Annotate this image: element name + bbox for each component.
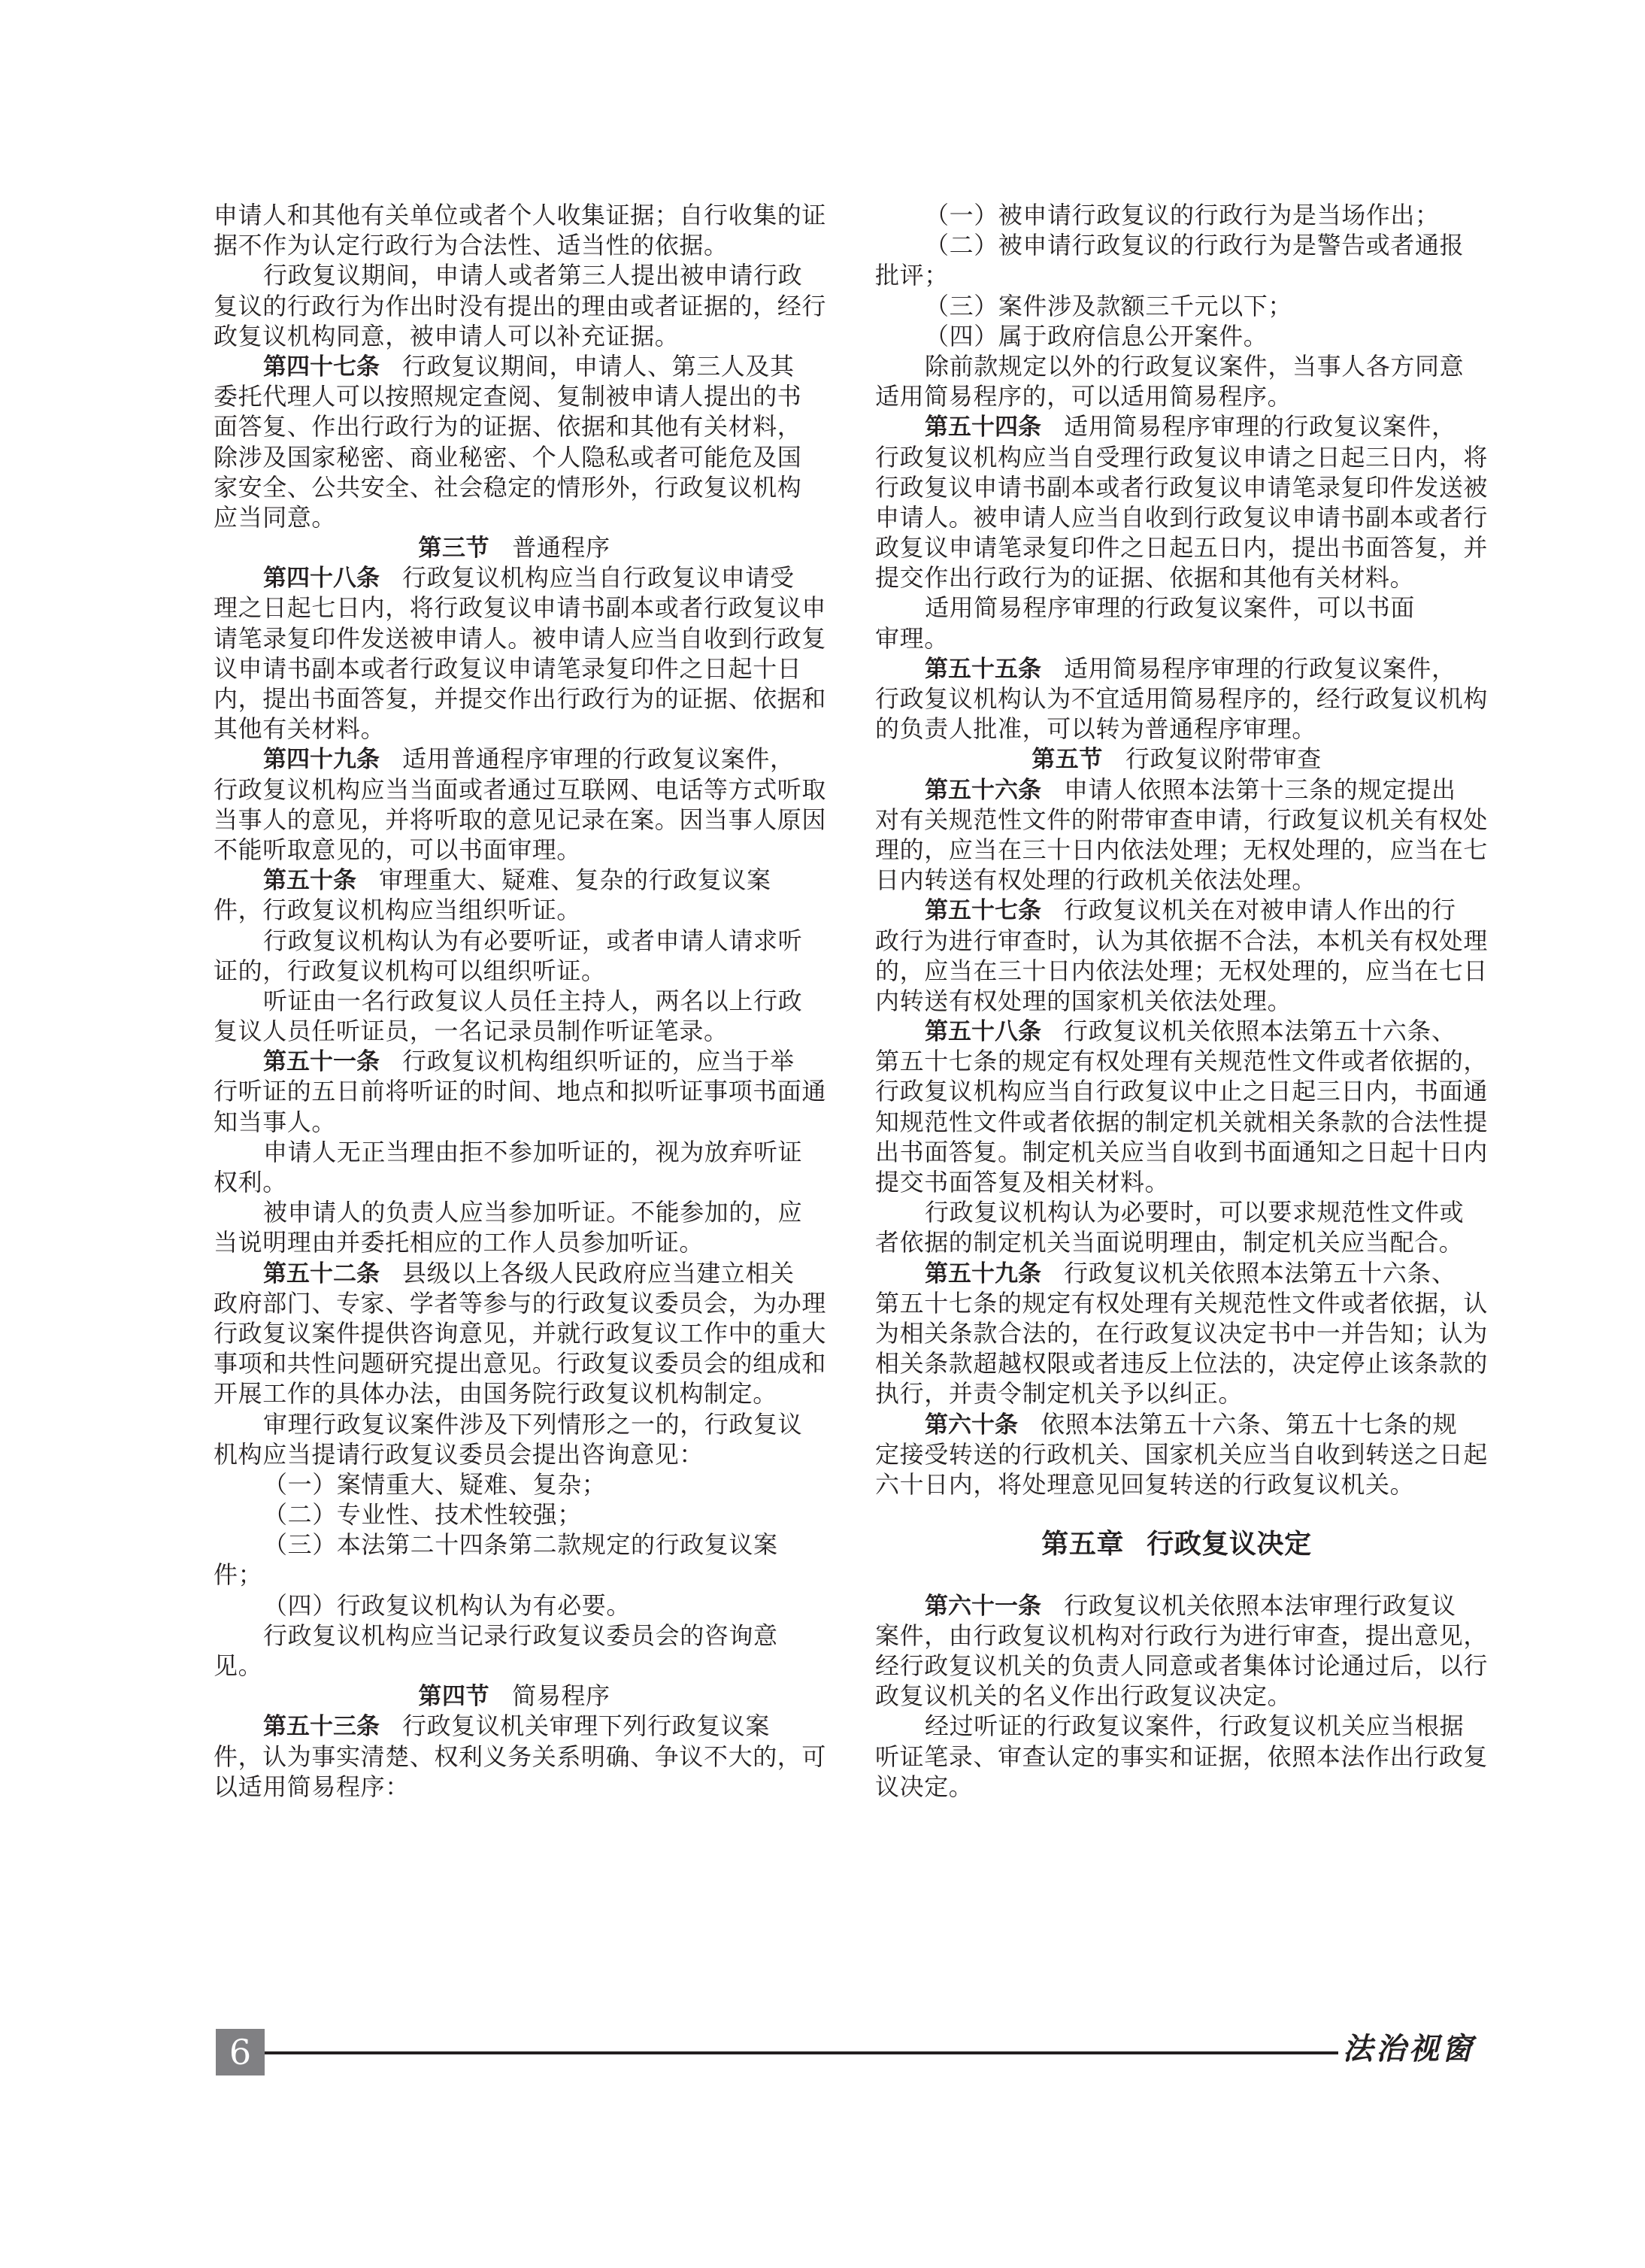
section-title: 简易程序 bbox=[512, 1681, 610, 1710]
section-number: 第三节 bbox=[418, 535, 489, 562]
text-line: 经行政复议机关的负责人同意或者集体讨论通过后，以行 bbox=[875, 1651, 1478, 1681]
text-line: 家安全、公共安全、社会稳定的情形外，行政复议机构 bbox=[214, 472, 815, 502]
article-text: 行政复议机构组织听证的，应当于举 bbox=[402, 1047, 795, 1075]
article-first-line: 第五十条审理重大、疑难、复杂的行政复议案 bbox=[214, 865, 815, 895]
article-number: 第五十六条 bbox=[925, 777, 1041, 804]
left-text-column: 申请人和其他有关单位或者个人收集证据；自行收集的证据不作为认定行政行为合法性、适… bbox=[214, 200, 815, 1802]
paragraph-first-line: 行政复议机构认为必要时，可以要求规范性文件或 bbox=[875, 1197, 1478, 1227]
right-text-column: （一）被申请行政复议的行政行为是当场作出；（二）被申请行政复议的行政行为是警告或… bbox=[875, 200, 1478, 1802]
text-line: 六十日内，将处理意见回复转送的行政复议机关。 bbox=[875, 1469, 1478, 1499]
article-text: 审理重大、疑难、复杂的行政复议案 bbox=[379, 866, 771, 894]
text-line: 以适用简易程序： bbox=[214, 1772, 815, 1802]
article-first-line: 第四十七条行政复议期间，申请人、第三人及其 bbox=[214, 351, 815, 381]
text-line: 行听证的五日前将听证的时间、地点和拟听证事项书面通 bbox=[214, 1076, 815, 1106]
text-line: 申请人。被申请人应当自收到行政复议申请书副本或者行 bbox=[875, 502, 1478, 532]
text-line: 行政复议机构应当自受理行政复议申请之日起三日内，将 bbox=[875, 442, 1478, 472]
article-first-line: 第五十九条行政复议机关依照本法第五十六条、 bbox=[875, 1258, 1478, 1288]
article-text: 县级以上各级人民政府应当建立相关 bbox=[402, 1259, 795, 1287]
text-line: 的，应当在三十日内依法处理；无权处理的，应当在七日 bbox=[875, 956, 1478, 986]
text-line: 知当事人。 bbox=[214, 1107, 815, 1137]
article-number: 第五十四条 bbox=[925, 414, 1041, 441]
text-line: 执行，并责令制定机关予以纠正。 bbox=[875, 1378, 1478, 1408]
text-line: 委托代理人可以按照规定查阅、复制被申请人提出的书 bbox=[214, 381, 815, 411]
section-heading: 第五节行政复议附带审查 bbox=[875, 744, 1478, 774]
article-text: 行政复议机关审理下列行政复议案 bbox=[402, 1712, 770, 1740]
paragraph-first-line: （二）被申请行政复议的行政行为是警告或者通报 bbox=[875, 230, 1478, 260]
paragraph-first-line: （二）专业性、技术性较强； bbox=[214, 1499, 815, 1530]
text-line: 权利。 bbox=[214, 1167, 815, 1197]
text-line: 证的，行政复议机构可以组织听证。 bbox=[214, 956, 815, 986]
article-first-line: 第五十四条适用简易程序审理的行政复议案件， bbox=[875, 411, 1478, 441]
article-first-line: 第六十一条行政复议机关依照本法审理行政复议 bbox=[875, 1590, 1478, 1621]
text-line: 件； bbox=[214, 1560, 815, 1590]
article-first-line: 第四十九条适用普通程序审理的行政复议案件， bbox=[214, 744, 815, 774]
article-text: 适用普通程序审理的行政复议案件， bbox=[402, 744, 795, 773]
article-text: 申请人依照本法第十三条的规定提出 bbox=[1064, 775, 1456, 804]
article-text: 行政复议机关依照本法审理行政复议 bbox=[1064, 1591, 1456, 1620]
text-line: 内，提出书面答复，并提交作出行政行为的证据、依据和 bbox=[214, 684, 815, 714]
article-first-line: 第五十二条县级以上各级人民政府应当建立相关 bbox=[214, 1258, 815, 1288]
article-number: 第五十条 bbox=[263, 867, 356, 894]
page-number-badge: 6 bbox=[216, 2029, 265, 2075]
text-line: 据不作为认定行政行为合法性、适当性的依据。 bbox=[214, 230, 815, 260]
text-line: 见。 bbox=[214, 1651, 815, 1681]
text-line: 政府部门、专家、学者等参与的行政复议委员会，为办理 bbox=[214, 1288, 815, 1318]
text-line: 审理。 bbox=[875, 623, 1478, 653]
text-line: 批评； bbox=[875, 260, 1478, 290]
paragraph-first-line: （四）行政复议机构认为有必要。 bbox=[214, 1590, 815, 1621]
text-line: 复议人员任听证员，一名记录员制作听证笔录。 bbox=[214, 1016, 815, 1046]
text-line: 行政复议机构应当自行政复议中止之日起三日内，书面通 bbox=[875, 1076, 1478, 1106]
paragraph-first-line: （四）属于政府信息公开案件。 bbox=[875, 321, 1478, 351]
article-number: 第五十八条 bbox=[925, 1018, 1041, 1045]
article-text: 行政复议机构应当自行政复议申请受 bbox=[402, 563, 795, 592]
text-line: 行政复议申请书副本或者行政复议申请笔录复印件发送被 bbox=[875, 472, 1478, 502]
text-line: 理之日起七日内，将行政复议申请书副本或者行政复议申 bbox=[214, 593, 815, 623]
text-line: 不能听取意见的，可以书面审理。 bbox=[214, 835, 815, 865]
article-number: 第五十五条 bbox=[925, 656, 1041, 683]
text-line: 应当同意。 bbox=[214, 502, 815, 532]
article-text: 行政复议机关在对被申请人作出的行 bbox=[1064, 896, 1456, 924]
text-line: 申请人和其他有关单位或者个人收集证据；自行收集的证 bbox=[214, 200, 815, 230]
paragraph-first-line: 经过听证的行政复议案件，行政复议机关应当根据 bbox=[875, 1711, 1478, 1741]
paragraph-first-line: 行政复议机构应当记录行政复议委员会的咨询意 bbox=[214, 1621, 815, 1651]
paragraph-first-line: 适用简易程序审理的行政复议案件，可以书面 bbox=[875, 593, 1478, 623]
article-text: 适用简易程序审理的行政复议案件， bbox=[1064, 654, 1456, 683]
chapter-number: 第五章 bbox=[1041, 1529, 1124, 1560]
text-line: 日内转送有权处理的行政机关依法处理。 bbox=[875, 865, 1478, 895]
section-number: 第四节 bbox=[418, 1683, 489, 1710]
section-title: 行政复议附带审查 bbox=[1125, 744, 1322, 773]
article-first-line: 第五十七条行政复议机关在对被申请人作出的行 bbox=[875, 895, 1478, 925]
text-line: 除涉及国家秘密、商业秘密、个人隐私或者可能危及国 bbox=[214, 442, 815, 472]
paragraph-first-line: （三）案件涉及款额三千元以下； bbox=[875, 291, 1478, 321]
text-line: 第五十七条的规定有权处理有关规范性文件或者依据的， bbox=[875, 1046, 1478, 1076]
text-line: 适用简易程序的，可以适用简易程序。 bbox=[875, 381, 1478, 411]
article-text: 适用简易程序审理的行政复议案件， bbox=[1064, 412, 1456, 441]
text-line: 议决定。 bbox=[875, 1772, 1478, 1802]
text-line: 政复议申请笔录复印件之日起五日内，提出书面答复，并 bbox=[875, 532, 1478, 562]
article-number: 第六十一条 bbox=[925, 1593, 1041, 1620]
article-number: 第五十九条 bbox=[925, 1260, 1041, 1287]
text-line: 对有关规范性文件的附带审查申请，行政复议机关有权处 bbox=[875, 805, 1478, 835]
article-first-line: 第五十八条行政复议机关依照本法第五十六条、 bbox=[875, 1016, 1478, 1046]
article-first-line: 第五十一条行政复议机构组织听证的，应当于举 bbox=[214, 1046, 815, 1076]
chapter-title: 行政复议决定 bbox=[1147, 1529, 1312, 1560]
paragraph-first-line: 除前款规定以外的行政复议案件，当事人各方同意 bbox=[875, 351, 1478, 381]
text-line: 政复议机关的名义作出行政复议决定。 bbox=[875, 1681, 1478, 1711]
text-line: 理的，应当在三十日内依法处理；无权处理的，应当在七 bbox=[875, 835, 1478, 865]
article-text: 行政复议机关依照本法第五十六条、 bbox=[1064, 1017, 1456, 1045]
text-line: 的负责人批准，可以转为普通程序审理。 bbox=[875, 714, 1478, 744]
paragraph-first-line: 行政复议期间，申请人或者第三人提出被申请行政 bbox=[214, 260, 815, 290]
text-line: 相关条款超越权限或者违反上位法的，决定停止该条款的 bbox=[875, 1348, 1478, 1378]
footer-divider bbox=[265, 2051, 1338, 2054]
section-heading: 第三节普通程序 bbox=[214, 532, 815, 562]
paragraph-first-line: 行政复议机构认为有必要听证，或者申请人请求听 bbox=[214, 926, 815, 956]
paragraph-first-line: （三）本法第二十四条第二款规定的行政复议案 bbox=[214, 1530, 815, 1560]
paragraph-first-line: 申请人无正当理由拒不参加听证的，视为放弃听证 bbox=[214, 1137, 815, 1167]
text-line: 行政复议机构应当当面或者通过互联网、电话等方式听取 bbox=[214, 775, 815, 805]
section-heading: 第四节简易程序 bbox=[214, 1681, 815, 1711]
text-line: 政复议机构同意，被申请人可以补充证据。 bbox=[214, 321, 815, 351]
text-line: 第五十七条的规定有权处理有关规范性文件或者依据，认 bbox=[875, 1288, 1478, 1318]
article-text: 行政复议期间，申请人、第三人及其 bbox=[402, 352, 795, 381]
text-line: 当说明理由并委托相应的工作人员参加听证。 bbox=[214, 1227, 815, 1257]
text-line: 复议的行政行为作出时没有提出的理由或者证据的，经行 bbox=[214, 291, 815, 321]
text-line: 面答复、作出行政行为的证据、依据和其他有关材料， bbox=[214, 411, 815, 441]
text-line: 听证笔录、审查认定的事实和证据，依照本法作出行政复 bbox=[875, 1742, 1478, 1772]
masthead-title: 法治视窗 bbox=[1343, 2030, 1486, 2068]
paragraph-first-line: 听证由一名行政复议人员任主持人，两名以上行政 bbox=[214, 986, 815, 1016]
article-number: 第五十三条 bbox=[263, 1713, 380, 1740]
text-line: 政行为进行审查时，认为其依据不合法，本机关有权处理 bbox=[875, 926, 1478, 956]
text-line: 件，认为事实清楚、权利义务关系明确、争议不大的，可 bbox=[214, 1742, 815, 1772]
text-line: 开展工作的具体办法，由国务院行政复议机构制定。 bbox=[214, 1378, 815, 1408]
text-line: 者依据的制定机关当面说明理由，制定机关应当配合。 bbox=[875, 1227, 1478, 1257]
text-line: 内转送有权处理的国家机关依法处理。 bbox=[875, 986, 1478, 1016]
article-first-line: 第六十条依照本法第五十六条、第五十七条的规 bbox=[875, 1409, 1478, 1439]
text-line: 议申请书副本或者行政复议申请笔录复印件之日起十日 bbox=[214, 653, 815, 684]
paragraph-first-line: 被申请人的负责人应当参加听证。不能参加的，应 bbox=[214, 1197, 815, 1227]
text-line: 请笔录复印件发送被申请人。被申请人应当自收到行政复 bbox=[214, 623, 815, 653]
article-number: 第四十八条 bbox=[263, 565, 380, 592]
article-first-line: 第五十三条行政复议机关审理下列行政复议案 bbox=[214, 1711, 815, 1741]
paragraph-first-line: （一）被申请行政复议的行政行为是当场作出； bbox=[875, 200, 1478, 230]
article-number: 第六十条 bbox=[925, 1411, 1018, 1439]
article-number: 第四十七条 bbox=[263, 353, 380, 381]
article-first-line: 第五十五条适用简易程序审理的行政复议案件， bbox=[875, 653, 1478, 684]
text-line: 机构应当提请行政复议委员会提出咨询意见： bbox=[214, 1439, 815, 1469]
text-line: 为相关条款合法的，在行政复议决定书中一并告知；认为 bbox=[875, 1318, 1478, 1348]
article-first-line: 第五十六条申请人依照本法第十三条的规定提出 bbox=[875, 775, 1478, 805]
article-first-line: 第四十八条行政复议机构应当自行政复议申请受 bbox=[214, 562, 815, 593]
text-line: 行政复议机构认为不宜适用简易程序的，经行政复议机构 bbox=[875, 684, 1478, 714]
article-number: 第五十二条 bbox=[263, 1260, 380, 1287]
paragraph-first-line: （一）案情重大、疑难、复杂； bbox=[214, 1469, 815, 1499]
article-number: 第五十一条 bbox=[263, 1048, 380, 1075]
text-line: 提交作出行政行为的证据、依据和其他有关材料。 bbox=[875, 562, 1478, 593]
text-line: 出书面答复。制定机关应当自收到书面通知之日起十日内 bbox=[875, 1137, 1478, 1167]
article-number: 第五十七条 bbox=[925, 897, 1041, 924]
text-line: 定接受转送的行政机关、国家机关应当自收到转送之日起 bbox=[875, 1439, 1478, 1469]
chapter-heading: 第五章行政复议决定 bbox=[875, 1499, 1478, 1590]
section-number: 第五节 bbox=[1032, 746, 1103, 773]
text-line: 知规范性文件或者依据的制定机关就相关条款的合法性提 bbox=[875, 1107, 1478, 1137]
text-line: 行政复议案件提供咨询意见，并就行政复议工作中的重大 bbox=[214, 1318, 815, 1348]
article-text: 行政复议机关依照本法第五十六条、 bbox=[1064, 1259, 1456, 1287]
text-line: 提交书面答复及相关材料。 bbox=[875, 1167, 1478, 1197]
text-line: 事项和共性问题研究提出意见。行政复议委员会的组成和 bbox=[214, 1348, 815, 1378]
text-line: 件，行政复议机构应当组织听证。 bbox=[214, 895, 815, 925]
paragraph-first-line: 审理行政复议案件涉及下列情形之一的，行政复议 bbox=[214, 1409, 815, 1439]
article-number: 第四十九条 bbox=[263, 746, 380, 773]
section-title: 普通程序 bbox=[512, 533, 610, 562]
article-text: 依照本法第五十六条、第五十七条的规 bbox=[1041, 1410, 1457, 1439]
text-line: 其他有关材料。 bbox=[214, 714, 815, 744]
text-line: 案件，由行政复议机构对行政行为进行审查，提出意见， bbox=[875, 1621, 1478, 1651]
text-line: 当事人的意见，并将听取的意见记录在案。因当事人原因 bbox=[214, 805, 815, 835]
